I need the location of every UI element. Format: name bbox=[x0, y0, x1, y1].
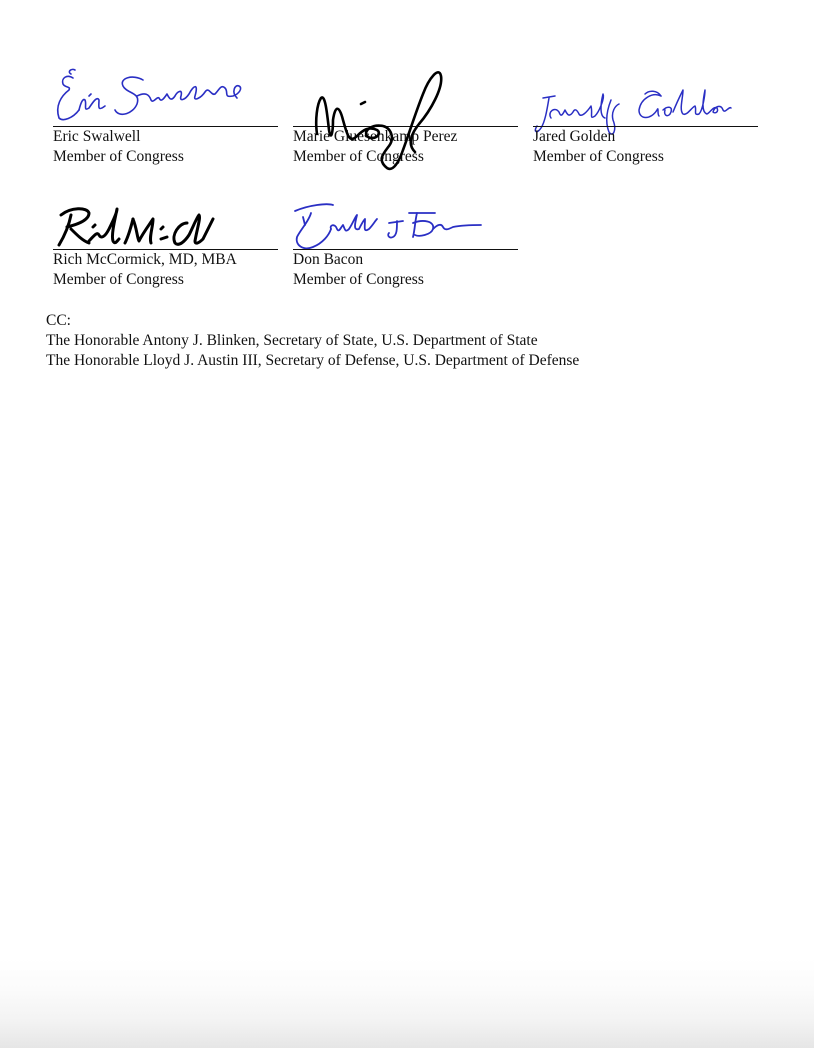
cc-recipient: The Honorable Lloyd J. Austin III, Secre… bbox=[46, 351, 579, 371]
signer-title: Member of Congress bbox=[293, 271, 424, 289]
signature-line bbox=[53, 249, 278, 250]
signature-mccormick-icon bbox=[53, 163, 223, 253]
signer-name: Rich McCormick, MD, MBA bbox=[53, 251, 237, 269]
signature-block-golden: Jared Golden Member of Congress bbox=[533, 40, 758, 200]
signature-bacon-icon bbox=[293, 163, 493, 263]
signature-block-mccormick: Rich McCormick, MD, MBA Member of Congre… bbox=[53, 163, 278, 323]
signer-name: Don Bacon bbox=[293, 251, 363, 269]
signature-line bbox=[533, 126, 758, 127]
signature-block-bacon: Don Bacon Member of Congress bbox=[293, 163, 518, 323]
signature-line bbox=[53, 126, 278, 127]
signer-title: Member of Congress bbox=[53, 271, 184, 289]
signer-title: Member of Congress bbox=[533, 148, 664, 166]
page-bottom-shadow bbox=[0, 958, 814, 1048]
cc-recipient: The Honorable Antony J. Blinken, Secreta… bbox=[46, 331, 579, 351]
signature-golden-icon bbox=[533, 40, 733, 140]
signer-name: Jared Golden bbox=[533, 128, 615, 146]
cc-section: CC: The Honorable Antony J. Blinken, Sec… bbox=[46, 311, 579, 371]
signature-swalwell-icon bbox=[53, 40, 253, 130]
cc-label: CC: bbox=[46, 311, 579, 331]
signature-line bbox=[293, 249, 518, 250]
signer-name: Eric Swalwell bbox=[53, 128, 140, 146]
